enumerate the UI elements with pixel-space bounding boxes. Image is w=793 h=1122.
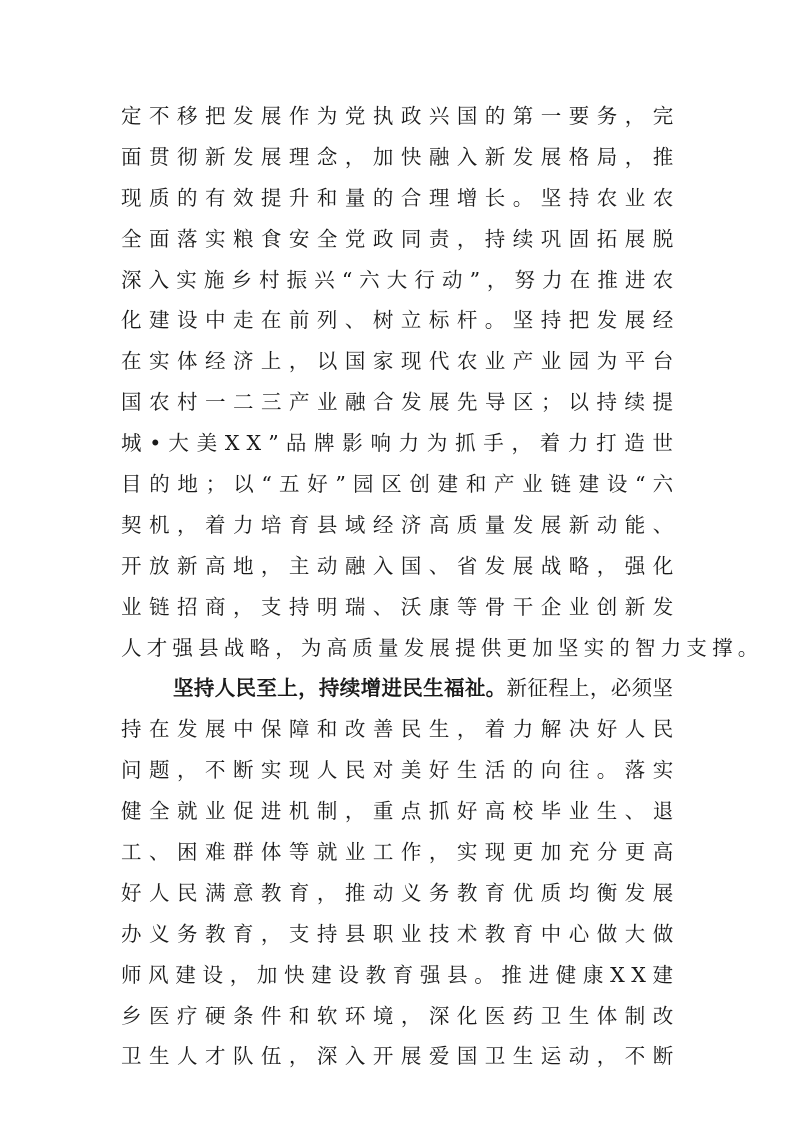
text-line: 国 农 村 一 二 三 产 业 融 合 发 展 先 导 区 ； 以 持 续 提 … bbox=[121, 382, 673, 423]
text-line: 面 贯 彻 新 发 展 理 念 ， 加 快 融 入 新 发 展 格 局 ， 推 … bbox=[121, 137, 673, 178]
text-line: 业 链 招 商 ， 支 持 明 瑞 、 沃 康 等 骨 干 企 业 创 新 发 … bbox=[121, 587, 673, 628]
text-line: 定 不 移 把 发 展 作 为 党 执 政 兴 国 的 第 一 要 务 ， 完 … bbox=[121, 96, 673, 137]
text-line: 目 的 地 ； 以 “ 五 好 ” 园 区 创 建 和 产 业 链 建 设 “ … bbox=[121, 464, 673, 505]
text-line: 好 人 民 满 意 教 育 ， 推 动 义 务 教 育 优 质 均 衡 发 展 … bbox=[121, 873, 673, 914]
text-line: 师 风 建 设 ， 加 快 建 设 教 育 强 县 。 推 进 健 康 X X … bbox=[121, 955, 673, 996]
paragraph-people-wellbeing: 坚持人民至上，持续增进民生福祉。新征程上，必须坚 持 在 发 展 中 保 障 和… bbox=[121, 668, 673, 1077]
text-line: 城 • 大 美 X X ” 品 牌 影 响 力 为 抓 手 ， 着 力 打 造 … bbox=[121, 423, 673, 464]
text-line: 全 面 落 实 粮 食 安 全 党 政 同 责 ， 持 续 巩 固 拓 展 脱 … bbox=[121, 219, 673, 260]
text-line: 开 放 新 高 地 ， 主 动 融 入 国 、 省 发 展 战 略 ， 强 化 … bbox=[121, 546, 673, 587]
text-line: 问 题 ， 不 断 实 现 人 民 对 美 好 生 活 的 向 往 。 落 实 … bbox=[121, 750, 673, 791]
paragraph-development: 定 不 移 把 发 展 作 为 党 执 政 兴 国 的 第 一 要 务 ， 完 … bbox=[121, 96, 673, 668]
text-line: 契 机 ， 着 力 培 育 县 域 经 济 高 质 量 发 展 新 动 能 、 … bbox=[121, 505, 673, 546]
text-line: 持 在 发 展 中 保 障 和 改 善 民 生 ， 着 力 解 决 好 人 民 … bbox=[121, 709, 673, 750]
text-line: 乡 医 疗 硬 条 件 和 软 环 境 ， 深 化 医 药 卫 生 体 制 改 … bbox=[121, 996, 673, 1037]
text-line: 办 义 务 教 育 ， 支 持 县 职 业 技 术 教 育 中 心 做 大 做 … bbox=[121, 914, 673, 955]
text-line: 化 建 设 中 走 在 前 列 、 树 立 标 杆 。 坚 持 把 发 展 经 … bbox=[121, 300, 673, 341]
text-line: 深 入 实 施 乡 村 振 兴 “ 六 大 行 动 ” ， 努 力 在 推 进 … bbox=[121, 260, 673, 301]
text-line: 健 全 就 业 促 进 机 制 ， 重 点 抓 好 高 校 毕 业 生 、 退 … bbox=[121, 791, 673, 832]
text-line: 在 实 体 经 济 上 ， 以 国 家 现 代 农 业 产 业 园 为 平 台 … bbox=[121, 341, 673, 382]
text-line: 工 、 困 难 群 体 等 就 业 工 作 ， 实 现 更 加 充 分 更 高 … bbox=[121, 832, 673, 873]
text-line: 现 质 的 有 效 提 升 和 量 的 合 理 增 长 。 坚 持 农 业 农 … bbox=[121, 178, 673, 219]
document-page: 定 不 移 把 发 展 作 为 党 执 政 兴 国 的 第 一 要 务 ， 完 … bbox=[0, 0, 793, 1122]
body-text: 定 不 移 把 发 展 作 为 党 执 政 兴 国 的 第 一 要 务 ， 完 … bbox=[121, 96, 673, 1077]
text-line: 人才强县战略，为高质量发展提供更加坚实的智力支撑。 bbox=[121, 628, 673, 669]
text-line-first: 坚持人民至上，持续增进民生福祉。新征程上，必须坚 bbox=[121, 668, 673, 709]
text-line: 卫 生 人 才 队 伍 ， 深 入 开 展 爱 国 卫 生 运 动 ， 不 断 … bbox=[121, 1036, 673, 1077]
